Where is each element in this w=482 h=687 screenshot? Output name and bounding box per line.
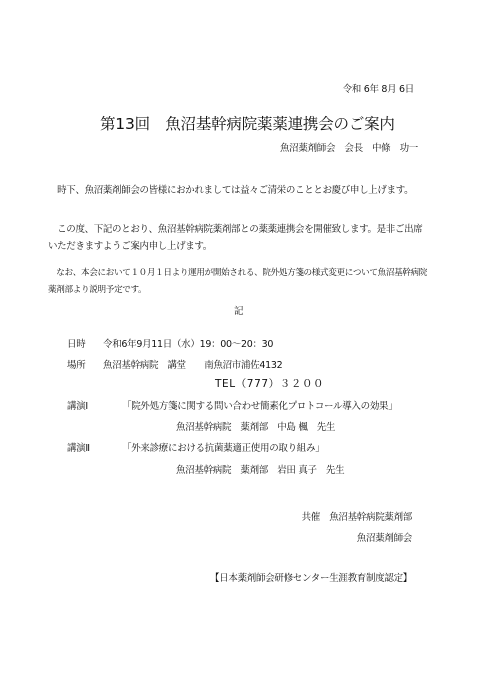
certification-note: 【日本薬剤師会研修センター生涯教育制度認定】 — [210, 573, 412, 585]
lecture-2-speaker: 魚沼基幹病院 薬剤部 岩田 真子 先生 — [176, 465, 344, 477]
lecture-1-speaker: 魚沼基幹病院 薬剤部 中島 楓 先生 — [176, 422, 335, 434]
datetime-label: 日時 — [67, 339, 85, 351]
cohost-line-2: 魚沼薬剤師会 — [357, 533, 412, 545]
document-title: 第13回 魚沼基幹病院薬薬連携会のご案内 — [100, 115, 395, 133]
telephone-number: TEL（777）３２００ — [215, 378, 324, 390]
invitation-paragraph: この度、下記のとおり、魚沼基幹病院薬剤部との薬薬連携会を開催致します。是非ご出席… — [48, 221, 428, 255]
lecture-2-label: 講演Ⅱ — [67, 443, 90, 455]
notice-paragraph: なお、本会において１０月１日より運用が開始される、院外処方箋の様式変更について魚… — [48, 265, 428, 299]
lecture-1-title: 「院外処方箋に関する問い合わせ簡素化プロトコール導入の効果」 — [122, 401, 397, 413]
place-label: 場所 — [67, 360, 85, 372]
place-value: 魚沼基幹病院 講堂 南魚沼市浦佐4132 — [103, 360, 282, 372]
lecture-2-title: 「外来診療における抗菌薬適正使用の取り組み」 — [122, 443, 324, 455]
datetime-value: 令和6年9月11日（水）19：00～20：30 — [103, 339, 273, 351]
ki-heading: 記 — [234, 306, 243, 318]
cohost-line-1: 共催 魚沼基幹病院薬剤部 — [302, 512, 412, 524]
greeting-paragraph: 時下、魚沼薬剤師会の皆様におかれましては益々ご清栄のこととお慶び申し上げます。 — [48, 182, 428, 199]
lecture-1-label: 講演Ⅰ — [67, 401, 88, 413]
document-sender: 魚沼薬剤師会 会長 中條 功一 — [280, 143, 418, 155]
document-date: 令和 6年 8月 6日 — [343, 84, 414, 96]
